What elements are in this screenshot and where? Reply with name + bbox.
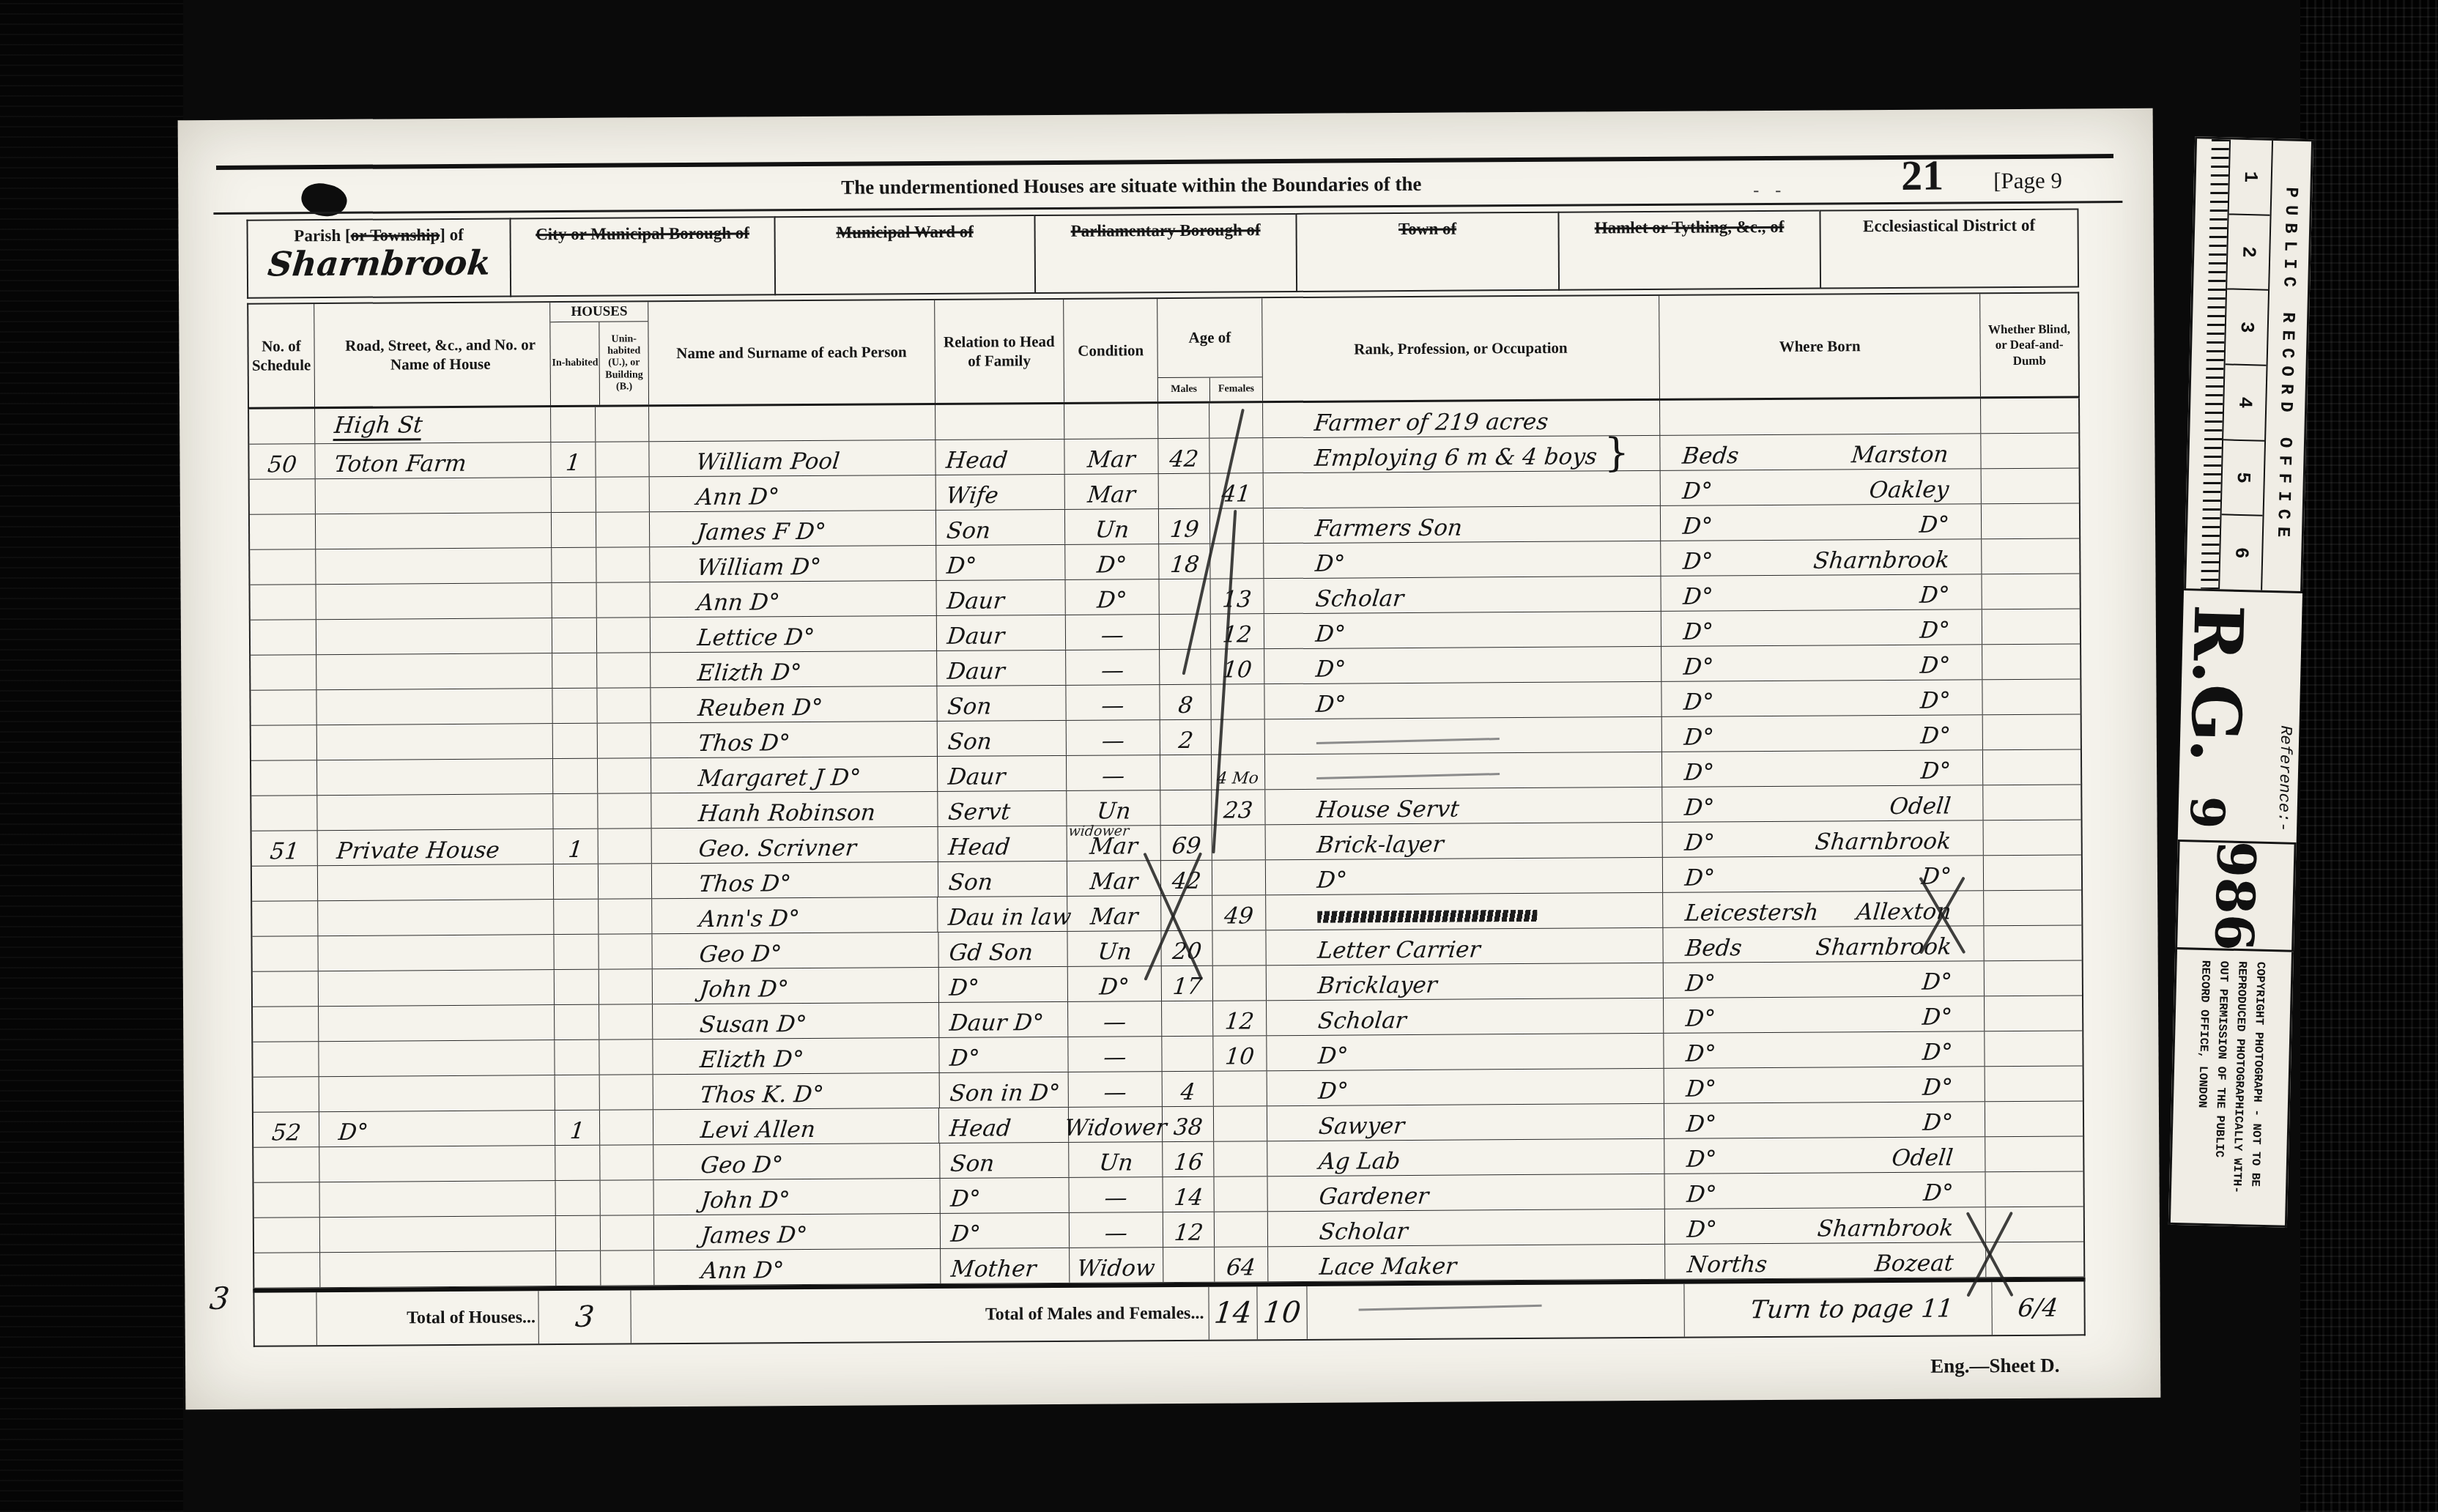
cell-age-male: 14 xyxy=(1163,1177,1214,1212)
piece-number: 986 xyxy=(2175,840,2297,952)
totals-note: Turn to page 11 xyxy=(1684,1282,1993,1337)
cell-blind xyxy=(1985,960,2082,996)
cell-where-born: D°Sharnbrook xyxy=(1661,539,1982,576)
cell-age-male: 2 xyxy=(1160,720,1212,755)
cell-name: Geo D° xyxy=(653,1144,940,1179)
cell-occupation: D° xyxy=(1267,1034,1664,1070)
cell-uninhabited xyxy=(601,1215,654,1250)
cell-street: Private House xyxy=(317,829,554,865)
col-header-born: Where Born xyxy=(1659,294,1981,399)
col-header-age-group: Age of Males Females xyxy=(1157,298,1263,401)
cell-relation: Head xyxy=(939,1108,1069,1143)
cell-inhabited xyxy=(556,1216,601,1250)
cell-condition: D° xyxy=(1066,579,1160,615)
cell-schedule: 52 xyxy=(253,1112,319,1147)
pro-ruler-box: PUBLIC RECORD OFFICE 123456 xyxy=(2184,136,2313,593)
cell-where-born: D°D° xyxy=(1661,504,1982,541)
cell-inhabited xyxy=(553,759,598,793)
cell-inhabited xyxy=(552,583,597,618)
cell-uninhabited xyxy=(596,512,650,546)
cell-blind xyxy=(1985,925,2082,960)
cell-occupation: Lace Maker xyxy=(1268,1245,1665,1281)
district-box: Hamlet or Tything, &c., of xyxy=(1557,210,1820,291)
cell-condition: — xyxy=(1067,755,1160,790)
cell-age-female xyxy=(1212,825,1265,859)
cell-blind xyxy=(1983,785,2081,820)
cell-name: Elizth D° xyxy=(653,1038,939,1074)
ruler-number: 1 xyxy=(2229,139,2272,215)
ruler-number: 2 xyxy=(2227,215,2270,291)
district-label: Hamlet or Tything, &c., of xyxy=(1560,218,1820,238)
cell-age-female xyxy=(1213,1071,1267,1105)
cell-occupation: Scholar xyxy=(1268,1209,1665,1246)
cell-condition: — xyxy=(1067,720,1160,755)
cell-age-female xyxy=(1214,1106,1267,1141)
cell-occupation: House Servt xyxy=(1265,787,1662,824)
cell-blind xyxy=(1984,820,2081,855)
cell-occupation xyxy=(1263,471,1660,508)
cell-uninhabited xyxy=(597,653,651,687)
cell-condition: Mar xyxy=(1065,474,1159,509)
cell-name: Ann D° xyxy=(651,581,937,617)
cell-where-born: D°D° xyxy=(1664,1172,1986,1209)
cell-name: Levi Allen xyxy=(653,1108,940,1144)
cell-inhabited xyxy=(552,653,597,688)
struck-out-entry xyxy=(1317,910,1537,923)
totals-females-value: 10 xyxy=(1257,1286,1308,1339)
cell-inhabited xyxy=(556,1251,601,1286)
cell-relation: Head xyxy=(935,440,1065,475)
cell-blind xyxy=(1985,1101,2083,1136)
margin-house-count: 3 xyxy=(208,1283,231,1314)
cell-age-male: 17 xyxy=(1162,966,1213,1001)
census-table: No. of Schedule Road, Street, &c., and N… xyxy=(247,292,2086,1346)
cell-uninhabited xyxy=(599,829,652,863)
cell-age-male: 19 xyxy=(1159,509,1210,544)
cell-schedule xyxy=(251,690,316,725)
cell-schedule xyxy=(251,725,317,760)
cell-inhabited xyxy=(555,1075,600,1110)
cell-name: William D° xyxy=(650,546,936,582)
col-header-relation: Relation to Head of Family xyxy=(935,300,1065,403)
col-header-age: Age of xyxy=(1157,298,1261,377)
cell-uninhabited xyxy=(596,442,650,476)
cell-age-female: 10 xyxy=(1211,649,1264,683)
cell-schedule xyxy=(251,585,316,620)
cell-age-female xyxy=(1212,860,1266,894)
cell-age-female xyxy=(1212,930,1266,965)
district-box: Ecclesiastical District of xyxy=(1819,208,2079,289)
totals-houses-value: 3 xyxy=(539,1290,631,1344)
cell-age-male xyxy=(1158,404,1209,438)
ruler-number: 5 xyxy=(2222,440,2264,516)
cell-schedule xyxy=(252,936,318,971)
cell-street xyxy=(319,1181,556,1217)
cell-name: Ann D° xyxy=(654,1249,941,1285)
cell-street xyxy=(319,1146,556,1182)
cell-age-male: 4 xyxy=(1163,1072,1214,1106)
cell-age-male: 12 xyxy=(1163,1212,1215,1247)
cell-schedule xyxy=(251,655,316,690)
cell-relation: Son xyxy=(940,1143,1070,1178)
cell-blind xyxy=(1984,855,2081,890)
cell-occupation: Ag Lab xyxy=(1267,1139,1664,1176)
cell-name: Margaret J D° xyxy=(651,757,938,793)
cell-age-female xyxy=(1214,1141,1267,1176)
cell-occupation: D° xyxy=(1264,682,1661,719)
cell-blind xyxy=(1982,574,2080,609)
cell-condition: — xyxy=(1068,1001,1162,1037)
cell-where-born: D°D° xyxy=(1662,750,1984,787)
cell-occupation: Gardener xyxy=(1267,1174,1664,1211)
cell-age-female xyxy=(1210,544,1264,578)
cell-inhabited xyxy=(555,1040,600,1075)
cell-schedule xyxy=(251,796,317,831)
cell-relation: Gd Son xyxy=(938,932,1068,967)
cell-age-male: 69 xyxy=(1161,826,1212,860)
cell-relation: Son in D° xyxy=(939,1072,1069,1108)
cell-inhabited xyxy=(556,1181,601,1215)
cell-occupation: Farmers Son xyxy=(1264,506,1661,543)
cell-where-born: D°D° xyxy=(1661,574,1982,611)
cell-inhabited: 1 xyxy=(552,442,596,477)
cell-age-female xyxy=(1214,1176,1267,1211)
ruler-number: 3 xyxy=(2226,290,2268,366)
cell-inhabited xyxy=(556,1146,601,1180)
cell-where-born: D°D° xyxy=(1664,961,1985,998)
cell-street xyxy=(316,618,553,654)
cell-schedule xyxy=(249,409,315,444)
cell-relation: Daur D° xyxy=(939,1002,1069,1037)
district-label: Ecclesiastical District of xyxy=(1820,215,2077,236)
cell-age-female: 12 xyxy=(1211,614,1264,648)
cell-relation: D° xyxy=(936,545,1066,580)
cell-schedule xyxy=(252,866,318,901)
cell-blind xyxy=(1982,538,2079,574)
cell-name: Ann D° xyxy=(650,475,936,511)
folio-dashes: - - xyxy=(1753,181,1787,201)
census-rows: High StFarmer of 219 acres50Toton Farm1W… xyxy=(248,398,2085,1288)
cell-inhabited xyxy=(554,794,599,829)
cell-street xyxy=(317,759,554,795)
reference-label: Reference:- xyxy=(2274,725,2295,832)
district-label: City or Municipal Borough of xyxy=(511,223,774,244)
film-edge-right xyxy=(2300,0,2438,1512)
blank-dash xyxy=(1316,773,1500,779)
col-header-blind: Whether Blind, or Deaf-and-Dumb xyxy=(1980,293,2078,396)
col-header-condition: Condition xyxy=(1064,299,1158,402)
cell-street xyxy=(316,653,553,689)
cell-occupation: Brick-layer xyxy=(1265,823,1662,859)
cell-age-female xyxy=(1213,966,1267,1000)
totals-males-females-label: Total of Males and Females... xyxy=(631,1287,1209,1344)
col-header-males: Males xyxy=(1158,378,1211,401)
cell-age-male: 42 xyxy=(1161,861,1212,895)
cell-schedule xyxy=(253,971,319,1007)
cell-blind xyxy=(1985,1136,2083,1171)
district-label: Town of xyxy=(1297,219,1558,240)
cell-street xyxy=(316,548,552,584)
cell-where-born xyxy=(1660,399,1982,435)
cell-relation: D° xyxy=(939,1037,1069,1072)
brace-mark: } xyxy=(1604,437,1629,468)
cell-condition: — xyxy=(1069,1037,1163,1072)
cell-blind xyxy=(1982,609,2080,644)
cell-uninhabited xyxy=(599,934,653,968)
reference-box: Reference:- R.G. 9 xyxy=(2178,590,2302,842)
cell-inhabited xyxy=(555,1005,599,1039)
copyright-notice: COPYRIGHT PHOTOGRAPH - NOT TO BEREPRODUC… xyxy=(2168,949,2294,1228)
cell-street xyxy=(316,513,552,549)
cell-where-born: D°D° xyxy=(1661,645,1983,681)
cell-schedule xyxy=(253,1147,319,1182)
cell-blind xyxy=(1984,890,2081,925)
cell-relation: Daur xyxy=(937,651,1067,686)
cell-where-born: D°Odell xyxy=(1664,1137,1986,1174)
totals-occupation-cell xyxy=(1308,1284,1685,1339)
cell-relation: D° xyxy=(940,1213,1070,1248)
cell-where-born: BedsSharnbrook xyxy=(1663,926,1985,963)
district-label: Parliamentary Borough of xyxy=(1036,220,1296,241)
cell-street xyxy=(319,1075,555,1111)
cell-age-male xyxy=(1159,474,1210,508)
cell-condition: Mar xyxy=(1068,896,1162,931)
cell-inhabited xyxy=(552,513,596,547)
cell-uninhabited xyxy=(598,758,651,793)
page-number: [Page 9 xyxy=(1993,168,2062,195)
cell-name: Ann's D° xyxy=(652,897,938,933)
cell-inhabited xyxy=(551,407,596,442)
cell-schedule xyxy=(254,1253,320,1288)
cell-relation: Mother xyxy=(941,1248,1070,1283)
cell-blind xyxy=(1983,714,2081,749)
cell-relation: D° xyxy=(940,1178,1070,1213)
cell-schedule xyxy=(250,549,316,585)
cell-relation: Son xyxy=(935,510,1065,545)
cell-age-female: 23 xyxy=(1212,790,1265,824)
cell-street xyxy=(319,970,555,1006)
col-header-uninhabited: Unin-habited (U.), or Building (B.) xyxy=(600,322,649,404)
cell-schedule: 50 xyxy=(249,444,315,479)
cell-street xyxy=(318,900,555,935)
col-header-street: Road, Street, &c., and No. or Name of Ho… xyxy=(314,303,551,407)
cell-where-born: D°Odell xyxy=(1662,785,1984,822)
cell-where-born: D°D° xyxy=(1664,996,1985,1033)
cell-schedule xyxy=(250,514,316,549)
district-box: Town of xyxy=(1295,212,1558,292)
cell-uninhabited xyxy=(596,407,649,441)
cell-condition: Un xyxy=(1068,931,1162,966)
col-header-houses-group: HOUSES In-habited Unin-habited (U.), or … xyxy=(551,302,650,405)
cell-blind xyxy=(1985,996,2082,1031)
cell-blind xyxy=(1982,468,2079,503)
cell-occupation: D° xyxy=(1267,1069,1664,1105)
cell-age-male: 38 xyxy=(1163,1107,1214,1141)
cell-inhabited: 1 xyxy=(554,829,599,864)
cell-schedule xyxy=(252,901,318,936)
cell-street xyxy=(317,794,554,830)
cell-relation: Servt xyxy=(938,791,1067,826)
cell-relation: Head xyxy=(938,826,1067,861)
cell-occupation: Employing 6 m & 4 boys} xyxy=(1263,436,1660,472)
ruler-number: 4 xyxy=(2223,365,2266,441)
cell-where-born: D°Sharnbrook xyxy=(1662,820,1984,857)
cell-occupation: Scholar xyxy=(1264,577,1661,613)
folio-number: 21 xyxy=(1901,151,1944,200)
cell-where-born: D°D° xyxy=(1664,1102,1986,1138)
cell-uninhabited xyxy=(601,1180,654,1215)
cell-schedule xyxy=(250,479,316,514)
cell-occupation: D° xyxy=(1264,541,1661,578)
cell-street xyxy=(318,864,555,900)
ruler-number: 6 xyxy=(2220,516,2262,590)
cell-where-born: D°D° xyxy=(1661,609,1983,646)
cell-blind xyxy=(1985,1066,2083,1101)
cell-condition: Mar xyxy=(1065,439,1159,474)
cell-occupation: Sawyer xyxy=(1267,1104,1664,1141)
district-box: Parliamentary Borough of xyxy=(1034,213,1296,294)
cell-uninhabited xyxy=(598,688,651,722)
cell-occupation xyxy=(1266,893,1663,930)
cell-uninhabited xyxy=(601,1250,654,1285)
cell-uninhabited xyxy=(600,1039,653,1074)
totals-fraction: 6/4 xyxy=(1992,1281,2083,1335)
cell-occupation xyxy=(1265,752,1662,789)
col-header-inhabited: In-habited xyxy=(551,322,601,405)
cell-age-male: 16 xyxy=(1163,1142,1214,1176)
cell-occupation: D° xyxy=(1264,612,1661,648)
cell-where-born: D°Sharnbrook xyxy=(1665,1207,1987,1244)
cell-condition: — xyxy=(1070,1212,1163,1248)
cell-where-born: BedsMarston xyxy=(1660,434,1982,470)
sheet-footer: Eng.—Sheet D. xyxy=(1930,1354,2059,1378)
cell-uninhabited xyxy=(597,618,651,652)
cell-age-male xyxy=(1160,615,1211,649)
cell-occupation: Farmer of 219 acres xyxy=(1263,401,1660,437)
cell-schedule xyxy=(251,620,316,655)
district-header-band: Parish [or Township] ofSharnbrookCity or… xyxy=(246,208,2079,298)
cell-condition: Widow xyxy=(1070,1248,1163,1283)
ink-blot xyxy=(298,179,350,220)
cell-condition: — xyxy=(1066,650,1160,685)
cell-condition: Mar xyxy=(1067,861,1161,896)
cell-uninhabited xyxy=(598,793,651,828)
cell-name: William Pool xyxy=(649,440,935,476)
cell-blind xyxy=(1982,433,2079,468)
cell-uninhabited xyxy=(600,1145,653,1179)
col-header-houses: HOUSES xyxy=(551,302,648,322)
totals-houses-label: Total of Houses... xyxy=(316,1291,539,1345)
cell-name: John D° xyxy=(653,968,939,1004)
district-value: Sharnbrook xyxy=(266,246,492,281)
district-box: Municipal Ward of xyxy=(774,215,1034,295)
cell-condition: — xyxy=(1069,1072,1163,1107)
top-rule xyxy=(216,154,2113,170)
cell-blind xyxy=(1985,1031,2083,1066)
column-header-row: No. of Schedule Road, Street, &c., and N… xyxy=(247,292,2080,409)
cell-street xyxy=(320,1251,557,1287)
cell-condition: — xyxy=(1067,685,1160,720)
cell-where-born: NorthsBozeat xyxy=(1665,1242,1987,1279)
cell-name: Geo D° xyxy=(653,933,939,968)
cell-occupation xyxy=(1264,717,1661,754)
cell-blind xyxy=(1982,644,2080,679)
cell-blind xyxy=(1983,679,2081,714)
cell-name: Susan D° xyxy=(653,1003,939,1039)
cell-inhabited: 1 xyxy=(555,1111,600,1145)
cell-age-female: 49 xyxy=(1212,895,1266,930)
cell-blind xyxy=(1982,503,2079,538)
cell-schedule xyxy=(254,1218,320,1253)
cell-occupation: D° xyxy=(1264,647,1661,683)
district-label: Municipal Ward of xyxy=(776,222,1034,242)
page-heading: The undermentioned Houses are situate wi… xyxy=(841,173,1421,199)
cell-age-male xyxy=(1160,755,1212,790)
cell-condition: — xyxy=(1066,615,1160,650)
cell-street xyxy=(320,1216,557,1252)
totals-schedule-cell xyxy=(254,1292,316,1346)
cell-relation: Dau in law xyxy=(938,897,1068,932)
cell-street xyxy=(319,1040,555,1076)
cell-inhabited xyxy=(554,900,599,934)
cell-inhabited xyxy=(553,689,598,723)
blank-dash xyxy=(1316,738,1500,744)
cell-age-female xyxy=(1215,1212,1268,1246)
cell-relation: Son xyxy=(938,861,1067,897)
cell-condition: — xyxy=(1070,1177,1163,1212)
cell-age-male: 8 xyxy=(1160,685,1211,719)
cell-condition: D° xyxy=(1065,544,1159,579)
cell-occupation: D° xyxy=(1266,858,1663,894)
cell-uninhabited xyxy=(596,477,650,511)
cell-condition xyxy=(1064,404,1158,439)
cell-age-female: 13 xyxy=(1210,579,1264,613)
cell-age-male xyxy=(1163,1248,1215,1282)
cell-relation: D° xyxy=(938,967,1068,1002)
cell-where-born: D°Oakley xyxy=(1661,469,1982,505)
cell-name: Thos D° xyxy=(651,722,938,757)
cell-age-female: 41 xyxy=(1209,473,1263,508)
cell-age-male xyxy=(1160,790,1212,825)
cell-schedule: 51 xyxy=(252,831,318,866)
cell-name: Hanh Robinson xyxy=(651,792,938,828)
cell-name: Thos D° xyxy=(652,862,938,898)
cell-relation: Wife xyxy=(935,475,1065,510)
cell-name: Elizth D° xyxy=(651,651,937,687)
cell-age-male: 42 xyxy=(1158,439,1209,473)
cell-inhabited xyxy=(553,724,598,758)
cell-name: Lettice D° xyxy=(651,616,937,652)
cell-uninhabited xyxy=(597,582,651,617)
cell-street xyxy=(316,583,552,619)
cell-uninhabited xyxy=(599,899,652,933)
cell-schedule xyxy=(253,1077,319,1112)
cell-uninhabited xyxy=(599,969,653,1004)
district-box: City or Municipal Borough of xyxy=(509,216,774,297)
cell-inhabited xyxy=(555,935,599,969)
series-label: R.G. xyxy=(2184,604,2248,763)
cell-uninhabited xyxy=(600,1110,653,1144)
cell-street xyxy=(318,935,555,971)
cell-blind xyxy=(1981,398,2078,433)
cell-name: Reuben D° xyxy=(651,686,937,722)
cell-occupation: Scholar xyxy=(1267,998,1664,1035)
cell-street xyxy=(319,1005,555,1041)
cell-inhabited xyxy=(552,548,597,582)
cell-relation: Daur xyxy=(937,756,1067,791)
cell-occupation: Bricklayer xyxy=(1266,963,1663,1000)
col-header-occupation: Rank, Profession, or Occupation xyxy=(1262,296,1660,401)
